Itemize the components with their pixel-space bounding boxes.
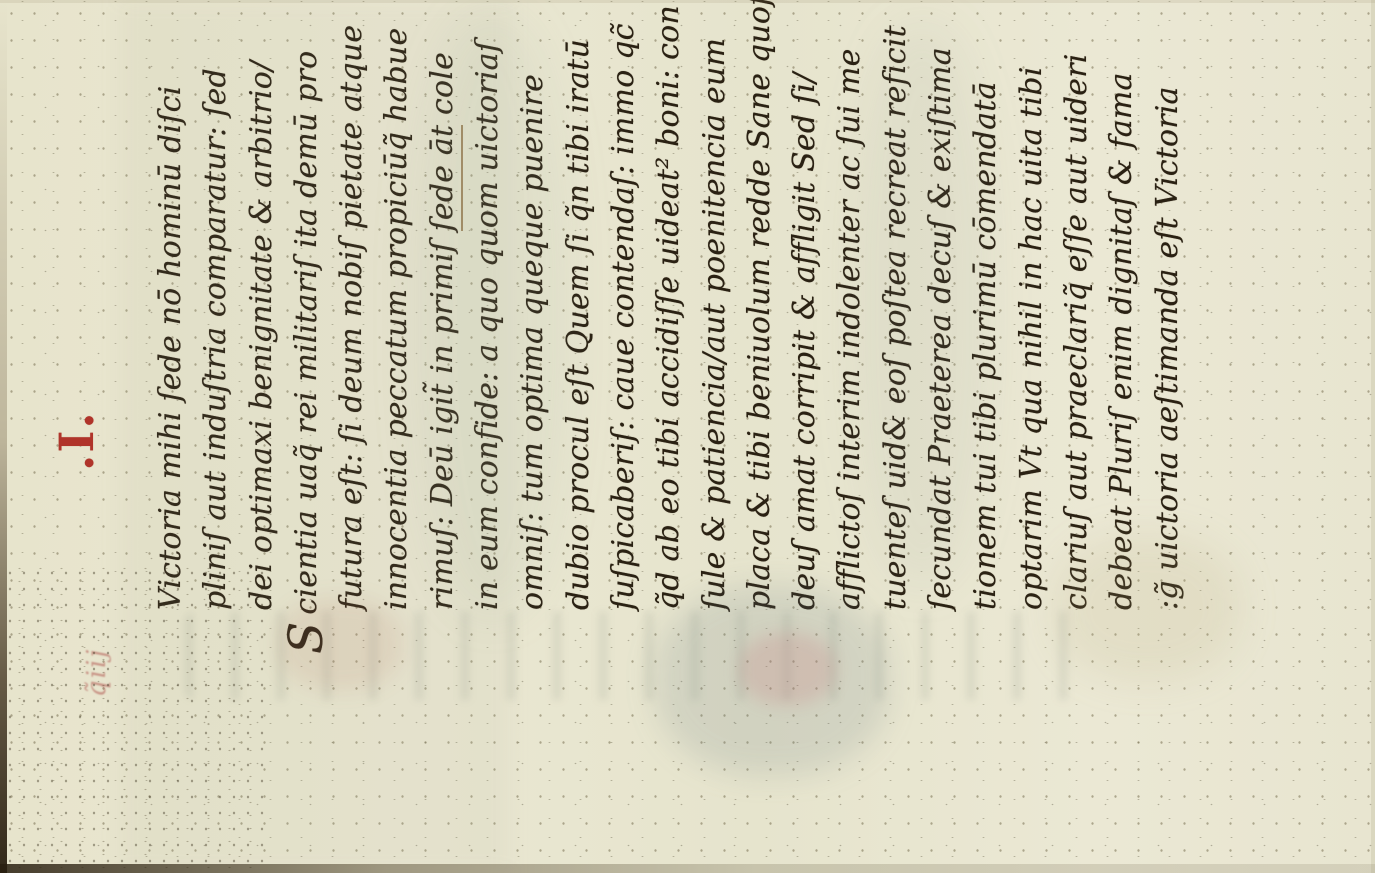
text-line: deuſ amat corripit & affligit Sed ſi/ xyxy=(782,0,827,610)
text-line: innocentia peccatum propiciūq̃ habue xyxy=(374,0,419,610)
text-line: ſuſpicaberiſ: caue contendaſ: immo qc̃ xyxy=(601,0,646,610)
text-line: clariuſ aut praeclariq̃ eſſe aut uideri xyxy=(1054,0,1099,610)
initial-capital: S xyxy=(287,622,327,654)
quire-mark-rubric: q̃iij xyxy=(82,648,112,697)
rotated-writing-layer: .I. q̃iij Victoria mihi ſede nō hominū d… xyxy=(0,0,1375,873)
manuscript-page: .I. q̃iij Victoria mihi ſede nō hominū d… xyxy=(0,0,1375,873)
text-line: ſule & patiencia/aut poenitencia eum xyxy=(692,0,737,610)
text-line: q̃d ab eo tibi accidiſſe uideat² boni: c… xyxy=(646,0,691,610)
chapter-numeral-rubric: .I. xyxy=(50,410,105,471)
text-block: Victoria mihi ſede nō hominū diſcipliniſ… xyxy=(148,0,1190,610)
text-line: in eum confide: a quo quom uictoriaſ xyxy=(465,0,510,610)
text-line: rimuſ: Deū igit̃ in primiſ ſede āt cole xyxy=(420,0,465,610)
text-line: tionem tui tibi plurimū cōmendatā xyxy=(963,0,1008,610)
underlined-phrase: ſede āt xyxy=(425,125,463,232)
text-line: ſecundat Praeterea decuſ & exiſtima xyxy=(918,0,963,610)
text-line: optarim Vt qua nihil in hac uita tibi xyxy=(1009,0,1054,610)
text-line: tuenteſ uid& eoſ poſtea recreat reficit xyxy=(873,0,918,610)
text-line: placa & tibi beniuolum redde Sane quoſ xyxy=(737,0,782,610)
text-line: omniſ: tum optima queque puenire xyxy=(510,0,555,610)
text-line: debeat Pluriſ enim dignitaſ & fama xyxy=(1099,0,1144,610)
text-line: pliniſ aut induſtria comparatur: ſed xyxy=(193,0,238,610)
text-line: Victoria mihi ſede nō hominū diſci xyxy=(148,0,193,610)
text-line: afflictoſ interim indolenter ac ſui me xyxy=(827,0,872,610)
text-line: dubio procul eſt Quem ſi q̃n tibi iratū xyxy=(556,0,601,610)
text-line: Scientia uaq̃ rei militariſ ita demū pro xyxy=(284,0,329,610)
text-line: dei optimaxi benignitate & arbitrio/ xyxy=(239,0,284,610)
text-line: :g̃ uictoria aeſtimanda eſt Victoria xyxy=(1145,0,1190,610)
text-line: futura eſt: ſi deum nobiſ pietate atque xyxy=(329,0,374,610)
